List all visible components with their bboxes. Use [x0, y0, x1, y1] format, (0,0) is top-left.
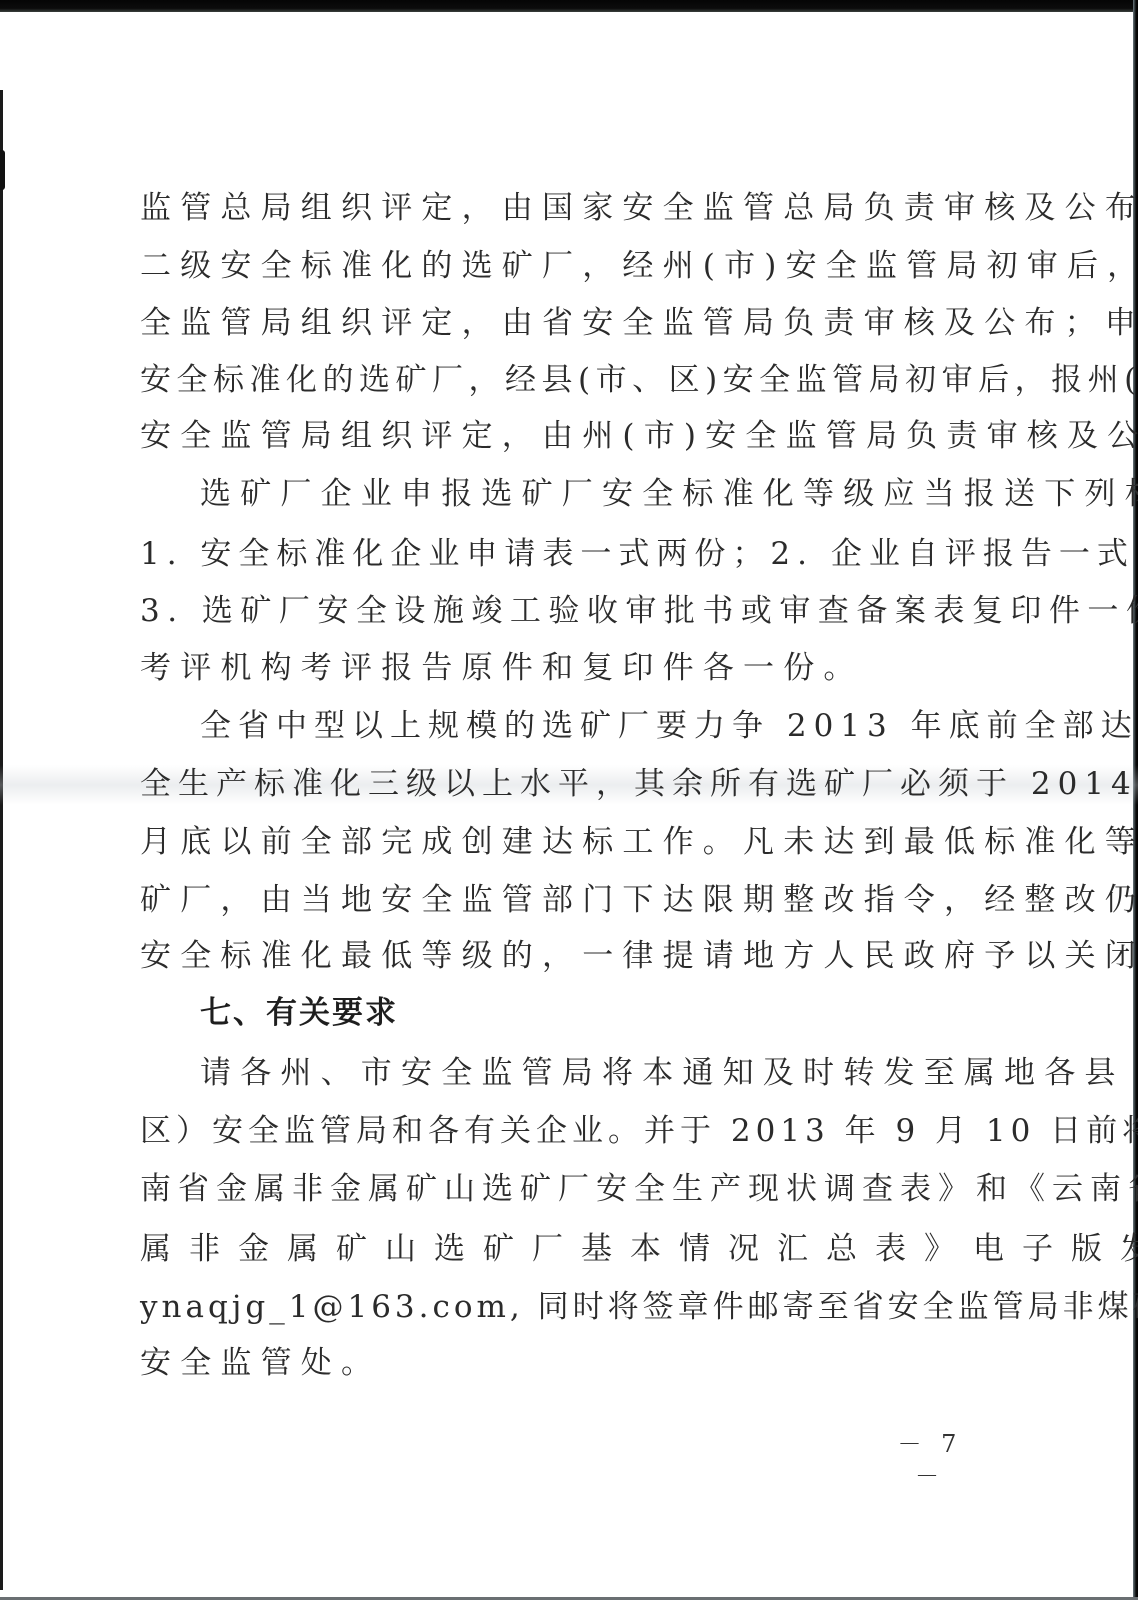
text-line: 选矿厂企业申报选矿厂安全标准化等级应当报送下列材料： — [200, 472, 960, 516]
text-line: 全监管局组织评定，由省安全监管局负责审核及公布；申报三级 — [140, 301, 960, 345]
text-line: 区）安全监管局和各有关企业。并于 2013 年 9 月 10 日前将《云 — [140, 1109, 960, 1153]
text-line: 属非金属矿山选矿厂基本情况汇总表》电子版发送至 — [140, 1227, 960, 1271]
page-number: － 7 － — [880, 1428, 980, 1492]
text-line: 1. 安全标准化企业申请表一式两份；2. 企业自评报告一式四份； — [140, 532, 960, 576]
text-line: 月底以前全部完成创建达标工作。凡未达到最低标准化等级的选 — [140, 820, 960, 864]
text-line: 全省中型以上规模的选矿厂要力争 2013 年底前全部达到安 — [200, 704, 960, 748]
text-line: 矿厂，由当地安全监管部门下达限期整改指令，经整改仍达不到 — [140, 878, 960, 922]
text-line: 监管总局组织评定，由国家安全监管总局负责审核及公布；申报 — [140, 186, 960, 230]
text-line: 请各州、市安全监管局将本通知及时转发至属地各县（市、 — [200, 1051, 960, 1095]
text-line: 考评机构考评报告原件和复印件各一份。 — [140, 646, 960, 690]
text-line: 安全标准化的选矿厂，经县(市、区)安全监管局初审后，报州(市) — [140, 358, 960, 402]
section-heading: 七、有关要求 — [200, 991, 960, 1035]
text-line: 安全监管局组织评定，由州(市)安全监管局负责审核及公布。 — [140, 414, 960, 458]
text-line: 二级安全标准化的选矿厂，经州(市)安全监管局初审后，报省安 — [140, 244, 960, 288]
text-line-email: ynaqjg_1@163.com, 同时将签章件邮寄至省安全监管局非煤矿山 — [140, 1285, 960, 1329]
text-line: 全生产标准化三级以上水平，其余所有选矿厂必须于 2014 年 6 — [140, 762, 960, 806]
text-line: 安全标准化最低等级的，一律提请地方人民政府予以关闭。 — [140, 934, 960, 978]
text-line: 南省金属非金属矿山选矿厂安全生产现状调查表》和《云南省金 — [140, 1167, 960, 1211]
text-line: 3. 选矿厂安全设施竣工验收审批书或审查备案表复印件一份；4. — [140, 589, 960, 633]
text-line: 安全监管处。 — [140, 1341, 960, 1385]
document-page: 监管总局组织评定，由国家安全监管总局负责审核及公布；申报 二级安全标准化的选矿厂… — [0, 0, 1138, 1600]
